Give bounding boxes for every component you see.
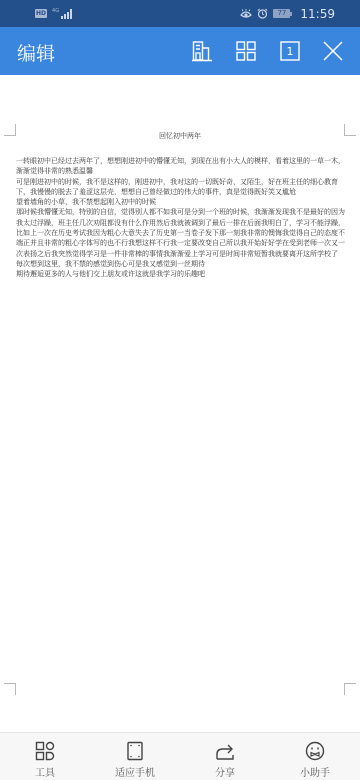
status-right: 77 11:59 bbox=[240, 7, 335, 21]
top-toolbar: 编辑 1 bbox=[0, 27, 360, 75]
page-corner-mark bbox=[344, 683, 356, 695]
fit-phone-label: 适应手机 bbox=[115, 764, 155, 779]
assistant-label: 小助手 bbox=[300, 764, 330, 779]
status-left: HD 4G bbox=[35, 9, 72, 19]
document-title: 回忆初中两年 bbox=[0, 131, 360, 141]
paragraph: 期待邂逅更多的人与他们交上朋友或许这就是我学习的乐趣吧 bbox=[16, 269, 346, 279]
alarm-icon bbox=[257, 8, 268, 19]
fit-phone-button[interactable]: 适应手机 bbox=[90, 733, 180, 780]
fit-phone-icon bbox=[125, 741, 145, 761]
tools-button[interactable]: 工具 bbox=[0, 733, 90, 780]
signal-icon: 4G bbox=[52, 9, 72, 19]
share-button[interactable]: 分享 bbox=[180, 733, 270, 780]
document-page[interactable]: 回忆初中两年 一转眼初中已经过去两年了，想想刚进初中的懵懂无知，到现在出有小大人… bbox=[0, 75, 360, 732]
paragraph: 一转眼初中已经过去两年了，想想刚进初中的懵懂无知，到现在出有小大人的模样，看着这… bbox=[16, 156, 346, 177]
reading-mode-button[interactable] bbox=[190, 39, 214, 63]
edit-title[interactable]: 编辑 bbox=[17, 39, 55, 66]
page-counter-button[interactable]: 1 bbox=[278, 39, 302, 63]
document-body: 一转眼初中已经过去两年了，想想刚进初中的懵懂无知，到现在出有小大人的模样，看着这… bbox=[16, 156, 346, 280]
page-counter-value: 1 bbox=[287, 45, 294, 58]
share-icon bbox=[215, 741, 235, 761]
eye-comfort-icon bbox=[240, 9, 252, 19]
reading-mode-icon bbox=[191, 40, 213, 62]
grid-view-button[interactable] bbox=[234, 39, 258, 63]
tools-icon bbox=[35, 741, 55, 761]
paragraph: 可是刚进初中的时候，我不是这样的，刚进初中，我对这的一切既好奇，又陌生，好在班主… bbox=[16, 177, 346, 198]
paragraph: 每次想到这里，我不禁的感觉到伤心可是我又感觉到一丝期待 bbox=[16, 259, 346, 269]
status-bar: HD 4G 77 11:59 bbox=[0, 0, 360, 27]
status-time: 11:59 bbox=[300, 7, 335, 21]
share-label: 分享 bbox=[215, 764, 235, 779]
assistant-button[interactable]: 小助手 bbox=[270, 733, 360, 780]
assistant-icon bbox=[305, 741, 325, 761]
bottom-toolbar: 工具 适应手机 分享 bbox=[0, 732, 360, 780]
paragraph: 望着墙角的小草，我不禁想起刚入初中的时候 bbox=[16, 197, 346, 207]
page-corner-mark bbox=[4, 683, 16, 695]
tools-label: 工具 bbox=[35, 764, 55, 779]
close-button[interactable] bbox=[321, 39, 345, 63]
battery-icon: 77 bbox=[273, 9, 292, 18]
paragraph: 那时候我懵懂无知，特别的自信，觉得别人都不如我可是分到一个班的时候，我渐渐发现我… bbox=[16, 207, 346, 258]
close-icon bbox=[322, 40, 344, 62]
grid-view-icon bbox=[235, 40, 257, 62]
hd-icon: HD bbox=[35, 9, 47, 18]
